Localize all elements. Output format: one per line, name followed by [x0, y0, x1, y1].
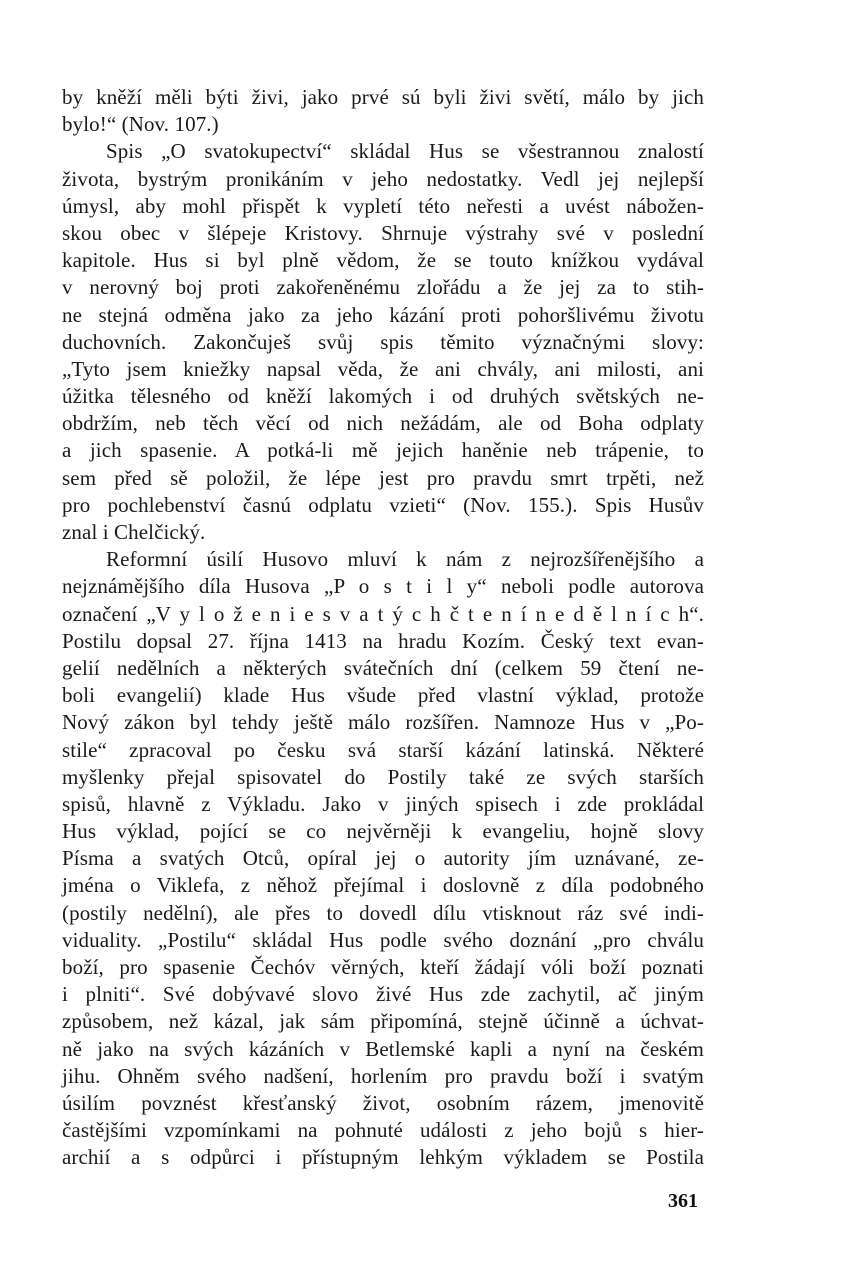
text-line: jihu. Ohněm svého nadšení, horlením pro … [62, 1063, 704, 1090]
text-line: by kněží měli býti živi, jako prvé sú by… [62, 84, 704, 111]
text-line: Postilu dopsal 27. října 1413 na hradu K… [62, 628, 704, 655]
text-line: pro pochlebenství časnú odplatu vzieti“ … [62, 492, 704, 519]
text-line: spisů, hlavně z Výkladu. Jako v jiných s… [62, 791, 704, 818]
text-line: života, bystrým pronikáním v jeho nedost… [62, 166, 704, 193]
text-line: nejznámějšího díla Husova „P o s t i l y… [62, 573, 704, 600]
text-line: duchovních. Zakončuješ svůj spis těmito … [62, 329, 704, 356]
text-line: označení „V y l o ž e n i e s v a t ý c … [62, 601, 704, 628]
text-line: úžitka tělesného od kněží lakomých i od … [62, 383, 704, 410]
text-line: boží, pro spasenie Čechóv věrných, kteří… [62, 954, 704, 981]
text-line: kapitole. Hus si byl plně vědom, že se t… [62, 247, 704, 274]
page-number: 361 [668, 1190, 698, 1213]
text-line: Reformní úsilí Husovo mluví k nám z nejr… [62, 546, 704, 573]
text-line: častějšími vzpomínkami na pohnuté událos… [62, 1117, 704, 1144]
page-body-text: by kněží měli býti živi, jako prvé sú by… [62, 84, 704, 1172]
text-line: Hus výklad, pojící se co nejvěrněji k ev… [62, 818, 704, 845]
text-line: sem před sě položil, že lépe jest pro pr… [62, 465, 704, 492]
text-line: a jich spasenie. A potká-li mě jejich ha… [62, 437, 704, 464]
text-line: v nerovný boj proti zakořeněnému zlořádu… [62, 274, 704, 301]
text-line: bylo!“ (Nov. 107.) [62, 111, 704, 138]
text-line: stile“ zpracoval po česku svá starší káz… [62, 737, 704, 764]
text-line: ně jako na svých kázáních v Betlemské ka… [62, 1036, 704, 1063]
text-line: obdržím, neb těch věcí od nich nežádám, … [62, 410, 704, 437]
text-line: viduality. „Postilu“ skládal Hus podle s… [62, 927, 704, 954]
text-line: „Tyto jsem kniežky napsal věda, že ani c… [62, 356, 704, 383]
text-line: myšlenky přejal spisovatel do Postily ta… [62, 764, 704, 791]
text-line: jména o Viklefa, z něhož přejímal i dosl… [62, 872, 704, 899]
text-line: boli evangelií) klade Hus všude před vla… [62, 682, 704, 709]
text-line: způsobem, než kázal, jak sám připomíná, … [62, 1008, 704, 1035]
text-line: (postily nedělní), ale přes to dovedl dí… [62, 900, 704, 927]
text-line: i plniti“. Své dobývavé slovo živé Hus z… [62, 981, 704, 1008]
text-line: skou obec v šlépeje Kristovy. Shrnuje vý… [62, 220, 704, 247]
text-line: Písma a svatých Otců, opíral jej o autor… [62, 845, 704, 872]
text-line: ne stejná odměna jako za jeho kázání pro… [62, 302, 704, 329]
text-line: gelií nedělních a některých svátečních d… [62, 655, 704, 682]
text-line: úsilím povznést křesťanský život, osobní… [62, 1090, 704, 1117]
text-line: Spis „O svatokupectví“ skládal Hus se vš… [62, 138, 704, 165]
text-line: archií a s odpůrci i přístupným lehkým v… [62, 1144, 704, 1171]
text-line: znal i Chelčický. [62, 519, 704, 546]
text-line: úmysl, aby mohl přispět k vypletí této n… [62, 193, 704, 220]
text-line: Nový zákon byl tehdy ještě málo rozšířen… [62, 709, 704, 736]
